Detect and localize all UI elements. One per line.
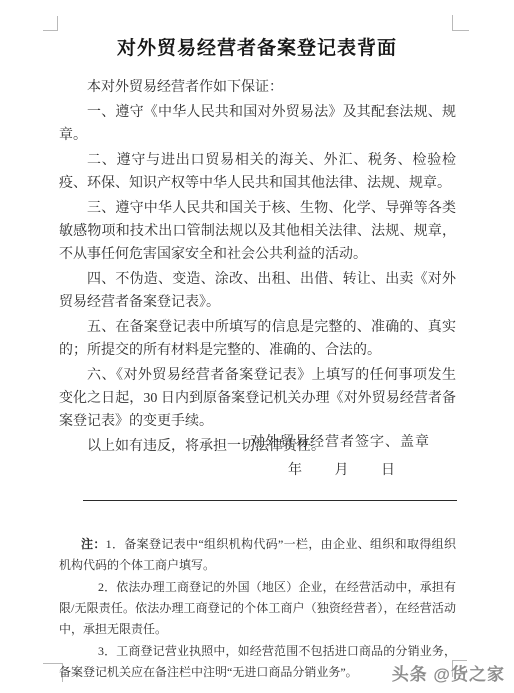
notes-label: 注： xyxy=(81,537,106,551)
note-2: 2．依法办理工商登记的外国（地区）企业，在经营活动中，承担有限/无限责任。依法办… xyxy=(59,577,456,640)
date-month-label: 月 xyxy=(335,463,349,478)
date-year-label: 年 xyxy=(288,463,302,478)
note-1: 注：1．备案登记表中“组织机构代码”一栏，由企业、组织和取得组织机构代码的个体工… xyxy=(59,534,456,576)
clause-6: 六、《对外贸易经营者备案登记表》上填写的任何事项发生变化之日起，30 日内到原备… xyxy=(59,364,456,433)
watermark: 头条 @货之家 xyxy=(392,660,505,685)
note-1-text: 1．备案登记表中“组织机构代码”一栏，由企业、组织和取得组织机构代码的个体工商户… xyxy=(59,537,456,572)
date-day-label: 日 xyxy=(381,463,395,478)
clause-5: 五、在备案登记表中所填写的信息是完整的、准确的、真实的；所提交的所有材料是完整的… xyxy=(59,316,456,362)
clause-4: 四、不伪造、变造、涂改、出租、出借、转让、出卖《对外贸易经营者备案登记表》。 xyxy=(59,268,456,314)
document-body: 本对外贸易经营者作如下保证： 一、遵守《中华人民共和国对外贸易法》及其配套法规、… xyxy=(59,76,456,460)
date-line: 年 月 日 xyxy=(288,459,395,479)
clause-3: 三、遵守中华人民共和国关于核、生物、化学、导弹等各类敏感物项和技术出口管制法规以… xyxy=(59,197,456,266)
clause-1: 一、遵守《中华人民共和国对外贸易法》及其配套法规、规章。 xyxy=(59,101,456,147)
clause-2: 二、遵守与进出口贸易相关的海关、外汇、税务、检验检疫、环保、知识产权等中华人民共… xyxy=(59,149,456,195)
horizontal-divider xyxy=(83,500,457,501)
signature-label: 对外贸易经营者签字、盖章 xyxy=(250,431,430,451)
intro-line: 本对外贸易经营者作如下保证： xyxy=(59,76,456,99)
crop-mark-top-right-icon xyxy=(452,15,469,31)
page-title: 对外贸易经营者备案登记表背面 xyxy=(0,33,514,60)
crop-mark-top-left-icon xyxy=(43,16,58,31)
document-page: 对外贸易经营者备案登记表背面 本对外贸易经营者作如下保证： 一、遵守《中华人民共… xyxy=(0,0,514,693)
